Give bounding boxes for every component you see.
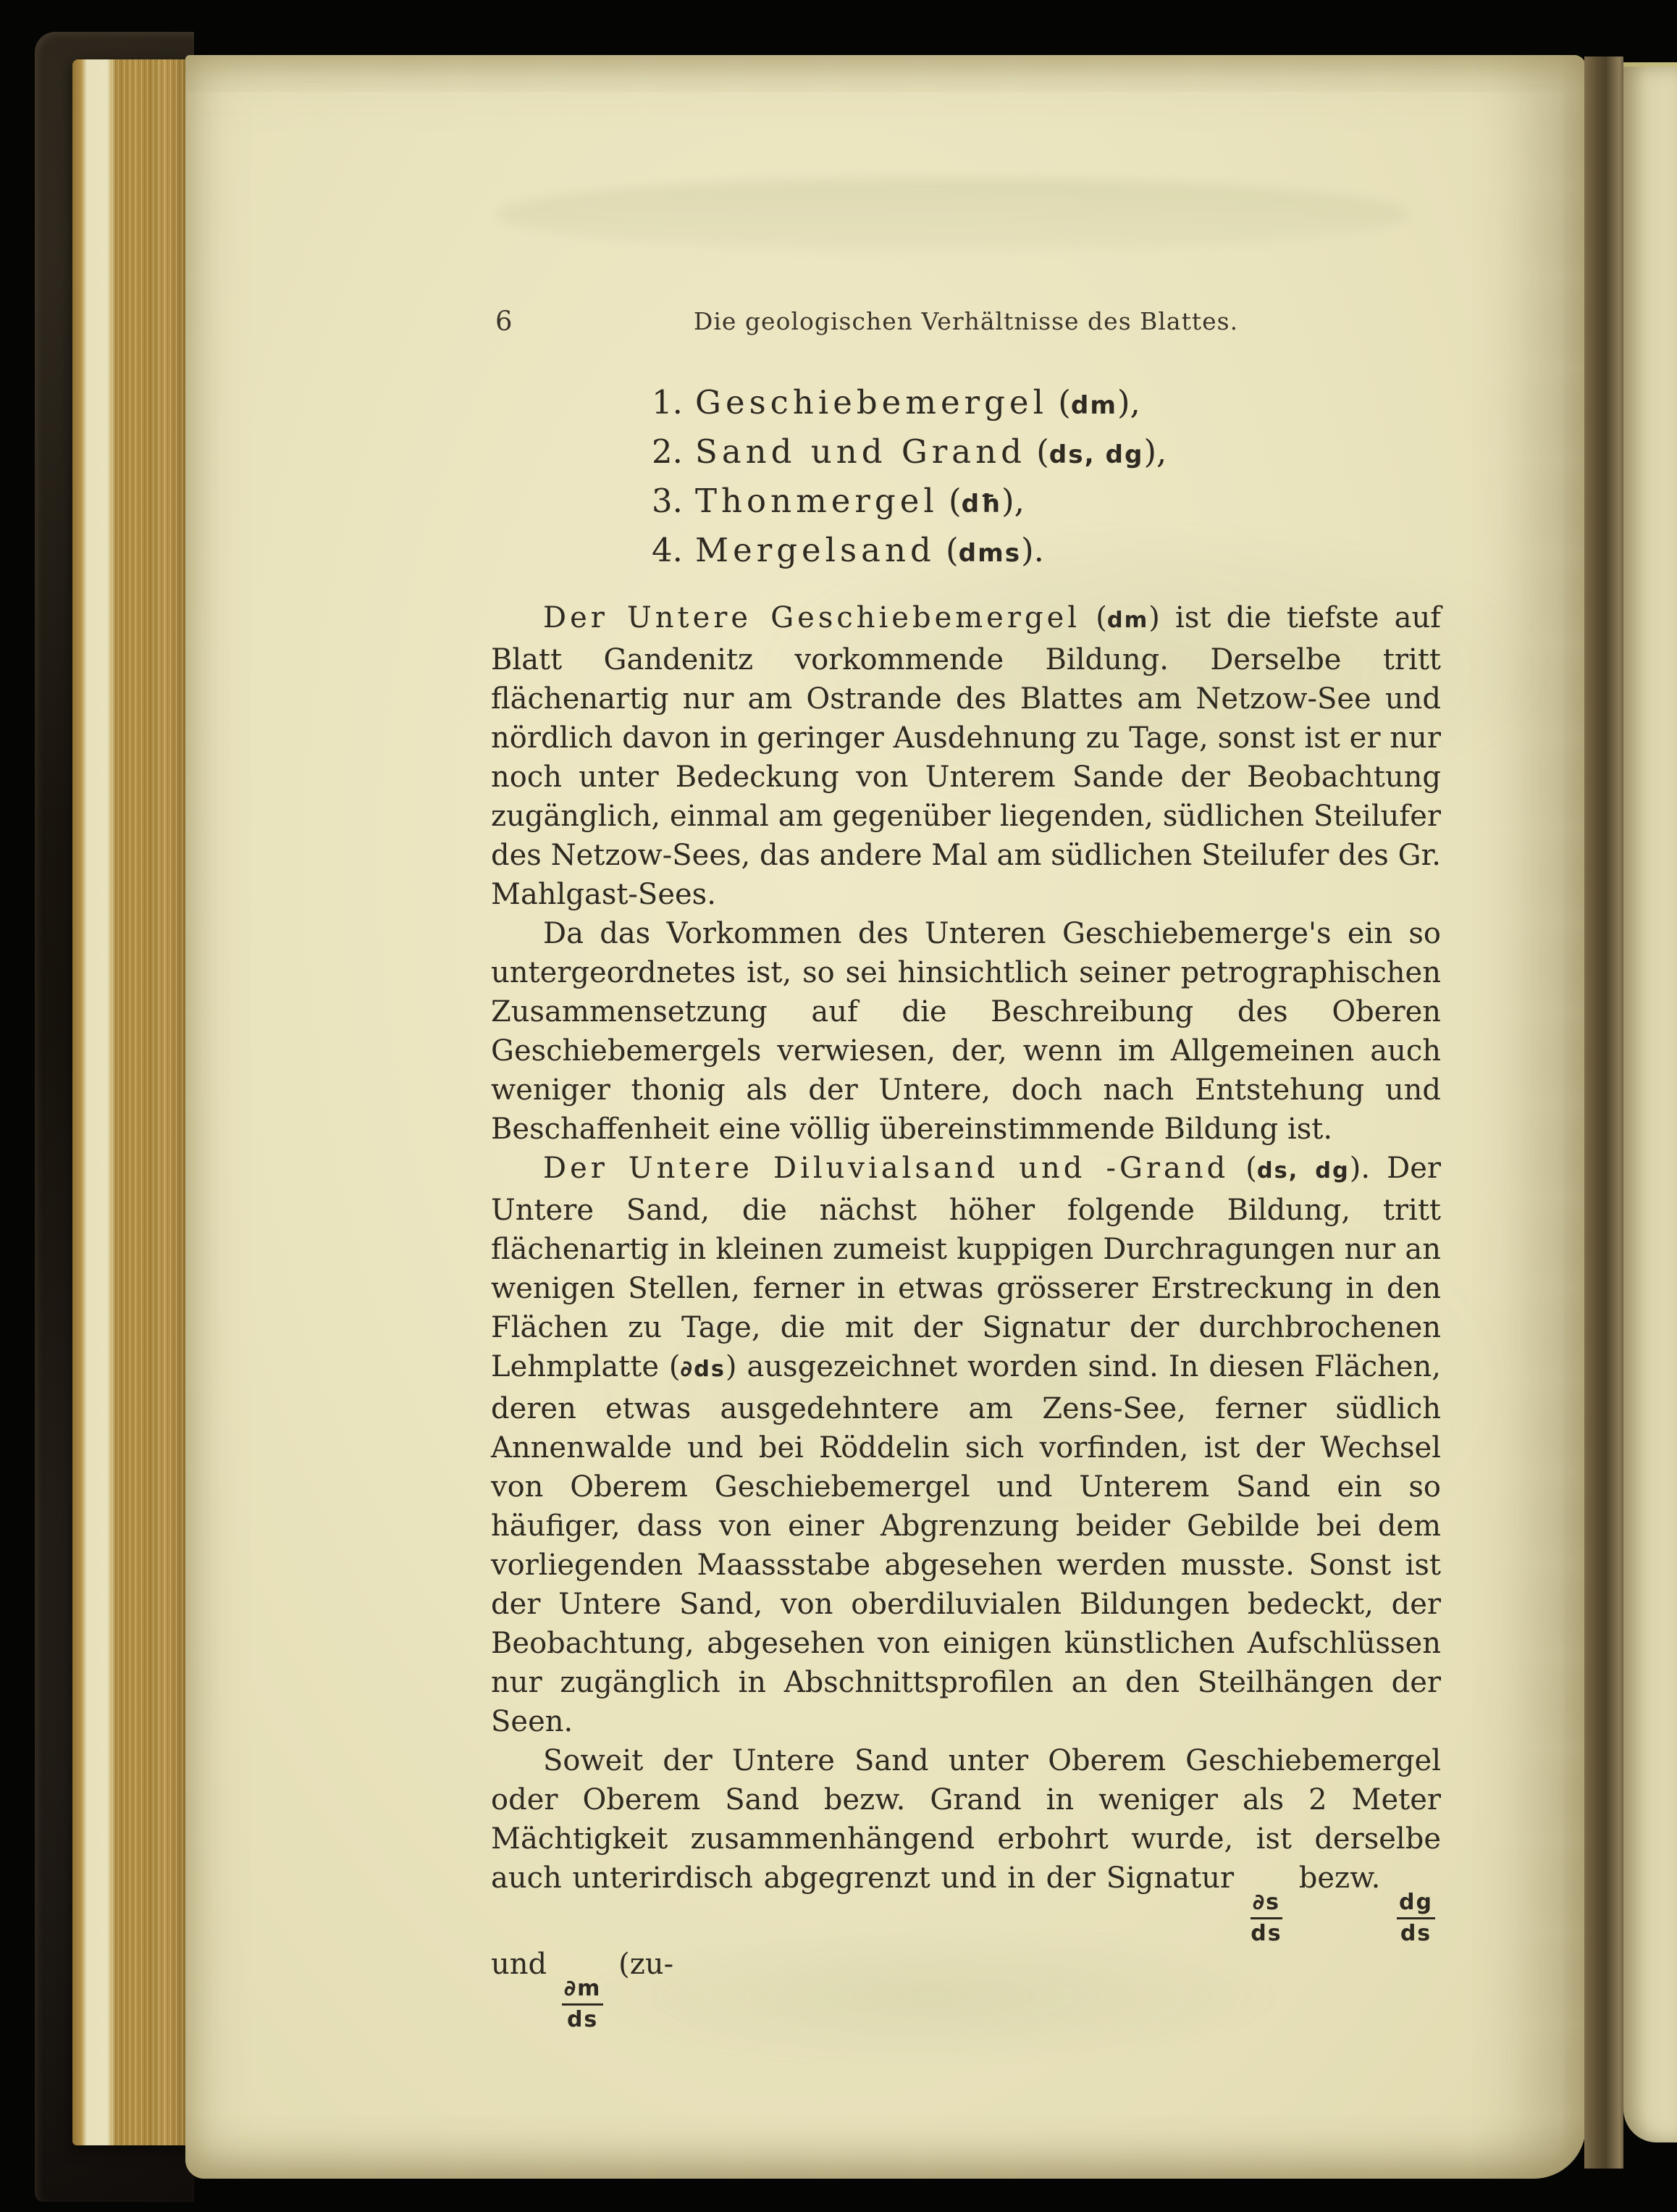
signature-code: ∂ds [681,1357,726,1382]
signature-code: dħ [962,490,1001,519]
fraction-denominator: ds [1400,1922,1432,1945]
formation-name: Mergelsand [695,531,936,569]
signature-code: dm [1071,391,1117,420]
running-head-row: 6 Die geologischen Verhältnisse des Blat… [491,307,1441,340]
signature-code: dm [1107,608,1148,633]
text-segment: ( [1080,601,1107,634]
paren-close: ). [1021,531,1044,569]
book-page: 6 Die geologischen Verhältnisse des Blat… [185,55,1586,2179]
list-number: 1. [652,380,695,426]
paragraph-4: Soweit der Untere Sand unter Oberem Gesc… [491,1741,1441,2031]
fraction-numerator: ∂m [562,1977,604,2006]
paren-close: ), [1001,482,1025,520]
signature-fraction: ∂sds [1251,1891,1282,1945]
page-content: 6 Die geologischen Verhältnisse des Blat… [491,307,1441,2179]
paren-close: ), [1143,432,1167,471]
list-number: 2. [652,429,695,475]
signature-code: ds, dg [1049,440,1144,469]
spaced-lead: Der Untere Geschiebemergel [543,601,1080,634]
list-item: 4.Mergelsand (dms). [491,527,1441,577]
list-item: 3.Thonmergel (dħ), [491,478,1441,527]
running-header-title: Die geologischen Verhältnisse des Blatte… [491,307,1441,335]
signature-code: dms [959,539,1021,568]
paren-open: ( [1058,383,1071,422]
list-number: 3. [652,478,695,524]
page-gutter-shadow [1584,56,1623,2169]
paren-open: ( [1036,432,1049,471]
spaced-lead: Der Untere Diluvialsand und -Grand [543,1152,1229,1185]
text-segment: bezw. [1288,1861,1391,1895]
next-page-sliver [1623,62,1677,2142]
text-segment: und [491,1948,556,1981]
paragraph-2: Da das Vorkommen des Unteren Geschiebeme… [491,914,1441,1149]
paren-close: ), [1117,383,1140,422]
list-item: 2.Sand und Grand (ds, dg), [491,429,1441,478]
text-segment: ) ist die tiefste auf Blatt Gandenitz vo… [491,601,1441,911]
paren-open: ( [946,531,959,569]
list-number: 4. [652,527,695,574]
formation-name: Sand und Grand [695,432,1026,471]
page-edge-stack [72,59,190,2145]
text-segment: (zu- [609,1948,673,1981]
fraction-denominator: ds [567,2008,598,2032]
text-segment: ). Der Untere Sand, die nächst höher fol… [491,1152,1441,1383]
fraction-numerator: dg [1397,1891,1435,1919]
fraction-denominator: ds [1251,1922,1282,1945]
show-through-smudge [497,178,1409,251]
book-scan-scene: 6 Die geologischen Verhältnisse des Blat… [0,0,1677,2212]
formation-name: Thonmergel [695,482,938,520]
text-segment: ( [1229,1152,1257,1185]
page-number: 6 [495,306,513,337]
paragraph-3: Der Untere Diluvialsand und -Grand (ds, … [491,1149,1441,1741]
formation-list: 1.Geschiebemergel (dm), 2.Sand und Grand… [491,380,1441,577]
paragraph-1: Der Untere Geschiebemergel (dm) ist die … [491,598,1441,914]
text-segment: Da das Vorkommen des Unteren Geschiebeme… [491,917,1441,1146]
signature-fraction: ∂mds [562,1977,604,2031]
fraction-numerator: ∂s [1251,1891,1282,1919]
list-item: 1.Geschiebemergel (dm), [491,380,1441,429]
signature-fraction: dgds [1397,1891,1435,1945]
text-segment: ) ausgezeichnet worden sind. In diesen F… [491,1350,1441,1738]
signature-code: ds, dg [1257,1158,1350,1183]
formation-name: Geschiebemergel [695,383,1048,422]
paren-open: ( [949,482,962,520]
